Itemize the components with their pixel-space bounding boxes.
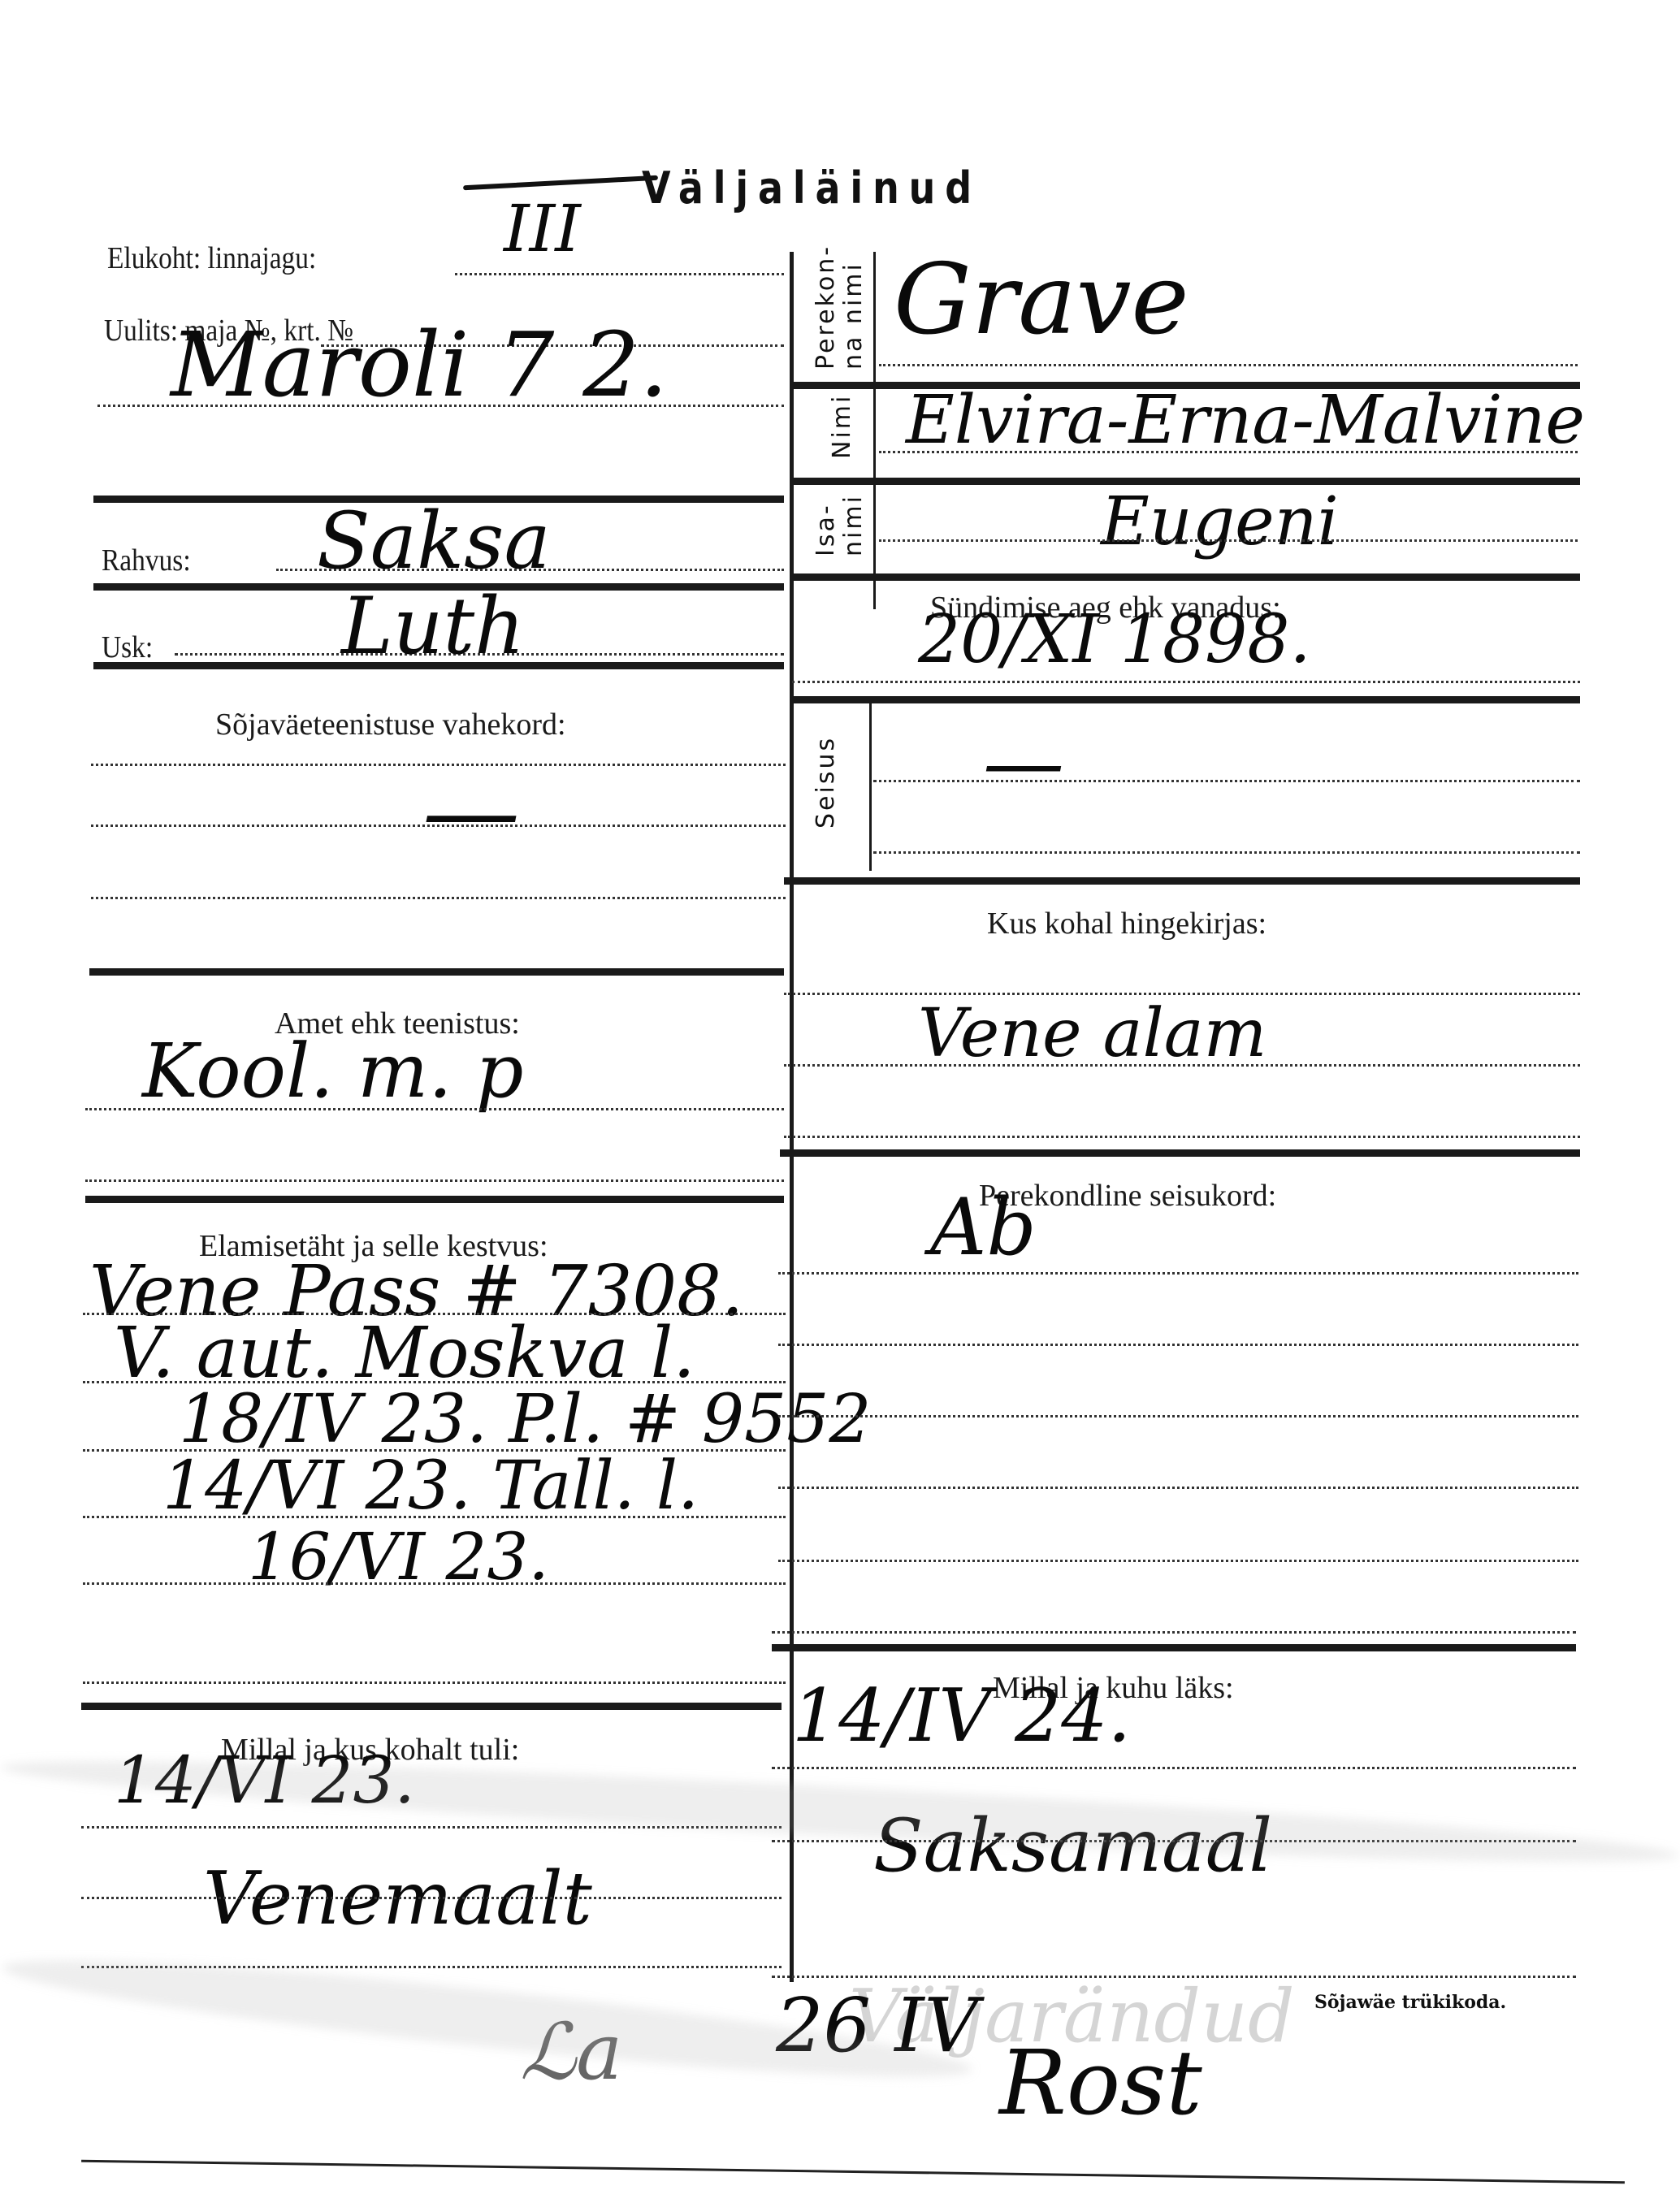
sojavae-line-2 [91, 824, 786, 827]
laks-date: 14/IV 24. [792, 1673, 1131, 1759]
perekond-line-5 [778, 1560, 1578, 1562]
elamiseaht-line-3: 18/IV 23. P.l. # 9552 [179, 1381, 872, 1458]
sojavae-label: Sõjaväeteenistuse vahekord: [215, 707, 566, 742]
seisus-label: Seisus [812, 736, 840, 829]
perekond-line-2 [778, 1344, 1578, 1346]
section-divider [792, 573, 1580, 581]
isanimi-value: Eugeni [1101, 483, 1339, 560]
amet-line-1 [85, 1108, 784, 1110]
section-divider [93, 662, 784, 669]
isanimi-label-line-1: Isa- [812, 494, 840, 556]
uulits-line-2 [97, 405, 784, 407]
perekonnanimi-label-line-1: Perekon- [812, 245, 840, 370]
section-divider [85, 1196, 784, 1203]
elamiseaht-rule-4 [83, 1516, 786, 1518]
perekond-line-4 [778, 1487, 1578, 1489]
perekond-value: Ab [930, 1182, 1037, 1273]
perekonnanimi-value: Grave [894, 244, 1189, 357]
hingekiri-label: Kus kohal hingekirjas: [987, 906, 1266, 941]
document-title: Väljaläinud [642, 162, 981, 214]
elamiseaht-rule-5 [83, 1582, 786, 1585]
name-label-divider [873, 252, 876, 609]
rahvus-label: Rahvus: [102, 543, 191, 578]
sojavae-line-3 [91, 897, 786, 899]
nimi-value: Elvira-Erna-Malvine [906, 382, 1585, 459]
perekonnanimi-line [879, 364, 1578, 366]
amet-line-2 [85, 1179, 784, 1182]
amet-value: Kool. m. p [142, 1028, 524, 1114]
paper-bottom-edge [81, 2160, 1625, 2184]
isanimi-label-line-2: nimi [840, 494, 868, 556]
perekonnanimi-label: Perekon- na nimi [812, 245, 868, 370]
nimi-line [879, 451, 1578, 453]
elukoht-label: Elukoht: linnajagu: [107, 240, 316, 276]
usk-value: Luth [341, 581, 525, 672]
elamiseaht-line-4: 14/VI 23. Tall. l. [162, 1448, 699, 1525]
section-divider [792, 696, 1580, 703]
hingekiri-line-2 [784, 1064, 1580, 1067]
seisus-label-divider [869, 703, 872, 871]
section-divider [780, 1149, 1580, 1157]
elukoht-line [455, 273, 784, 275]
section-divider [89, 968, 784, 976]
isanimi-label: Isa- nimi [812, 494, 868, 556]
synd-value: 20/XI 1898. [918, 601, 1311, 678]
title-strikethrough-mark [463, 175, 658, 191]
section-divider [772, 1644, 1576, 1651]
perekond-line-6 [772, 1631, 1576, 1634]
sojavae-value: — [422, 755, 520, 868]
printer-credit: Sõjawäe trükikoda. [1314, 1992, 1506, 2013]
usk-label: Usk: [102, 630, 153, 665]
uulits-value: Maroli 7 2. [171, 313, 668, 417]
section-divider [784, 877, 1580, 885]
tuli-rule-2 [81, 1897, 782, 1899]
annotation-signature: Rost [999, 2031, 1202, 2135]
elukoht-value: III [504, 191, 581, 266]
nimi-label: Nimi [829, 394, 856, 459]
laks-line-1 [772, 1767, 1576, 1769]
seisus-line-1 [873, 780, 1580, 782]
elamiseaht-rule-6 [83, 1681, 786, 1684]
rahvus-value: Saksa [317, 496, 551, 586]
perekond-line-1 [778, 1272, 1578, 1275]
section-divider [81, 1703, 782, 1710]
seisus-value: — [983, 715, 1064, 810]
isanimi-line [879, 539, 1578, 542]
perekond-line-3 [778, 1415, 1578, 1417]
seisus-line-2 [873, 851, 1580, 854]
perekonnanimi-label-line-2: na nimi [840, 245, 868, 370]
synd-line [792, 681, 1580, 683]
hingekiri-line-3 [784, 1136, 1580, 1138]
hingekiri-value: Vene alam [918, 995, 1266, 1072]
